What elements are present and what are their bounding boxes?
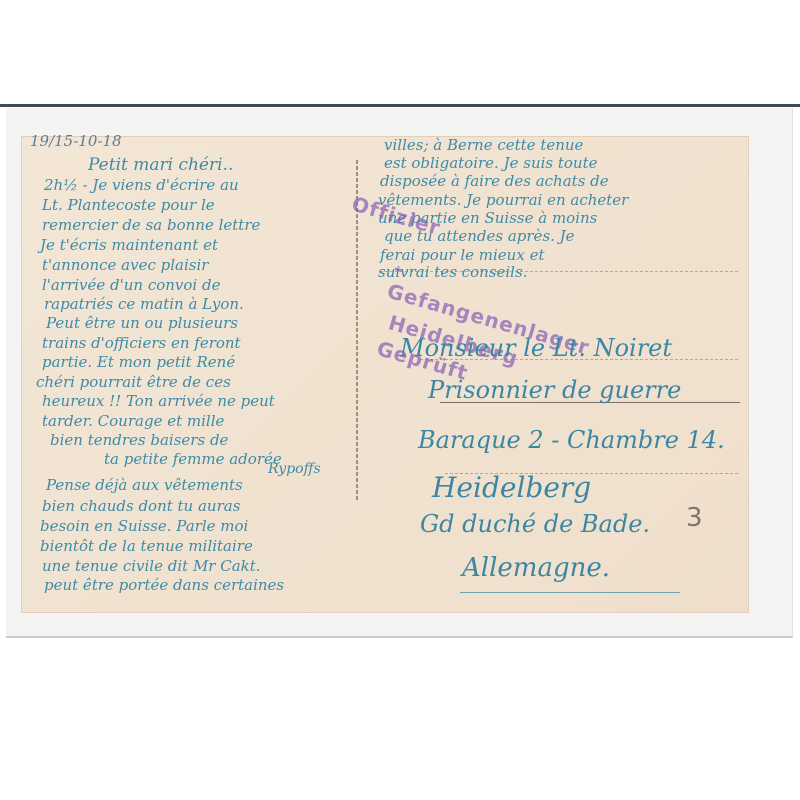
message-line: Pense déjà aux vêtements <box>46 478 243 493</box>
postcard-date: 19/15-10-18 <box>30 134 122 149</box>
message-line: bientôt de la tenue militaire <box>40 539 253 554</box>
message-line: rapatriés ce matin à Lyon. <box>44 297 244 312</box>
address-barracks: Baraque 2 - Chambre 14. <box>418 428 725 452</box>
pencil-mark: 3 <box>686 503 703 533</box>
address-city: Heidelberg <box>432 474 591 502</box>
signature: Rypoffs <box>268 462 321 476</box>
message-line: Peut être un ou plusieurs <box>46 316 238 331</box>
message-line: besoin en Suisse. Parle moi <box>40 519 248 534</box>
message-line: une tenue civile dit Mr Cakt. <box>42 559 261 574</box>
message-line: l'arrivée d'un convoi de <box>42 278 220 293</box>
address-region: Gd duché de Bade. <box>420 512 650 536</box>
message-line: est obligatoire. Je suis toute <box>384 156 598 171</box>
address-recipient: Monsieur le Lt. Noiret <box>400 336 672 360</box>
message-line: remercier de sa bonne lettre <box>42 218 260 233</box>
message-line: ta petite femme adorée <box>104 452 282 467</box>
message-line: trains d'officiers en feront <box>42 336 241 351</box>
message-line: tarder. Courage et mille <box>42 414 224 429</box>
address-guide-line <box>460 592 680 593</box>
message-line: vêtements. Je pourrai en acheter <box>378 193 628 208</box>
message-line: partie. Et mon petit René <box>42 355 235 370</box>
message-line: chéri pourrait être de ces <box>36 375 231 390</box>
address-country: Allemagne. <box>462 555 610 581</box>
message-line: t'annonce avec plaisir <box>42 258 208 273</box>
message-line: peut être portée dans certaines <box>44 578 284 593</box>
message-line: Lt. Plantecoste pour le <box>42 198 215 213</box>
message-line: bien tendres baisers de <box>50 433 228 448</box>
scan-background-top <box>0 0 800 108</box>
message-line: Petit mari chéri.. <box>88 157 233 174</box>
message-line: bien chauds dont tu auras <box>42 499 240 514</box>
message-line: heureux !! Ton arrivée ne peut <box>42 394 275 409</box>
message-line: villes; à Berne cette tenue <box>384 138 583 153</box>
message-line: 2h½ - Je viens d'écrire au <box>44 178 239 193</box>
scanner-edge <box>0 104 800 107</box>
message-line: disposée à faire des achats de <box>380 174 609 189</box>
message-line: Je t'écris maintenant et <box>40 238 218 253</box>
address-status: Prisonnier de guerre <box>428 378 681 402</box>
